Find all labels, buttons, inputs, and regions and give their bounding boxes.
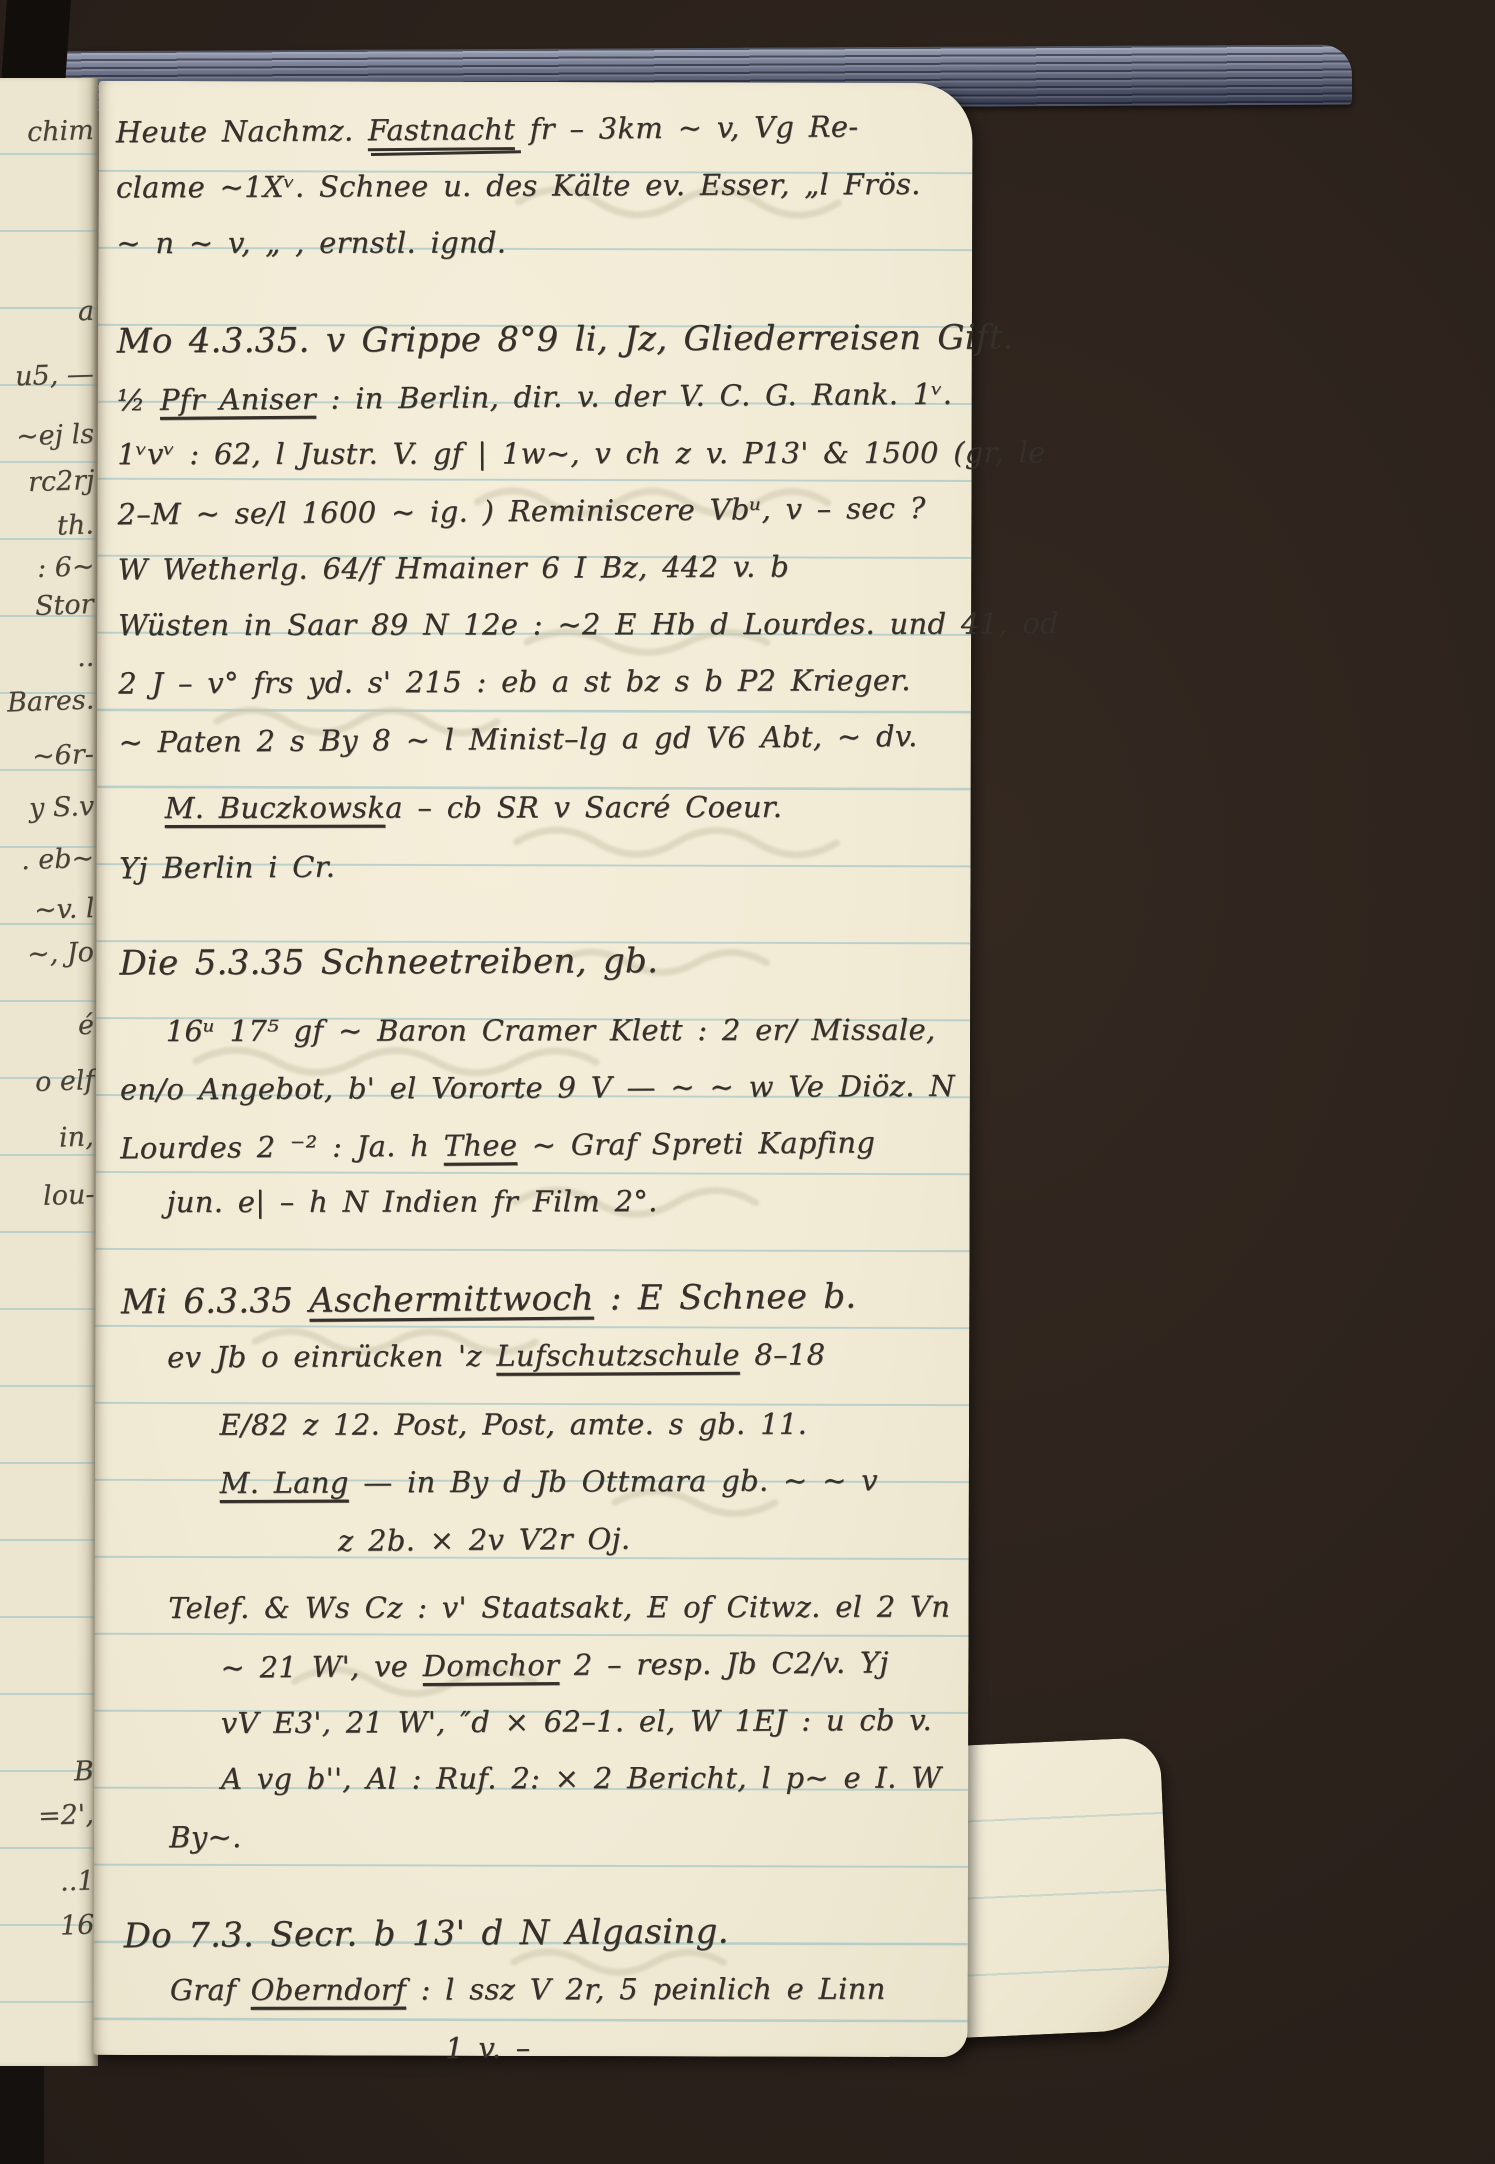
handwriting-text: 2–M ~ se/l 1600 ~ ig. ) Reminiscere Vbᵘ,… <box>117 491 925 531</box>
handwriting-text: 1ᵛvᵛ : 62, l Justr. V. gf | 1w~, v ch z … <box>117 435 1046 471</box>
previous-page-fragment: é <box>77 1010 94 1042</box>
handwriting-line: Lourdes 2 ⁻² : Ja. h Thee ~ Graf Spreti … <box>120 1112 1146 1177</box>
handwriting-text: ½ <box>117 383 160 417</box>
previous-page-fragment: lou- <box>42 1179 94 1212</box>
handwriting-line: 2–M ~ se/l 1600 ~ ig. ) Reminiscere Vbᵘ,… <box>117 478 1143 543</box>
handwriting-text: 8–18 <box>740 1337 826 1371</box>
handwriting-text: ~ Graf Spreti Kapfing <box>517 1125 875 1162</box>
underlined-word: M. Buczkowsk <box>165 791 386 825</box>
handwriting-line: ½ Pfr Aniser : in Berlin, dir. v. der V.… <box>117 364 1143 429</box>
handwriting-line: ev Jb o einrücken 'z Lufschutzschule 8–1… <box>167 1325 1147 1386</box>
notebook-photo: chimau5, —~ej lsrc2rjth.: 6~Stor..Bares.… <box>0 0 1495 2164</box>
previous-page-fragment: .. <box>76 642 94 674</box>
handwriting-line: Wüsten in Saar 89 N 12e : ~2 E Hb d Lour… <box>118 595 1144 654</box>
handwriting-text: Do 7.3. Secr. b 13' d N Algasing. <box>123 1911 728 1956</box>
handwriting-line: By~. <box>169 1805 1149 1866</box>
underlined-word: Lufschutzschule <box>496 1338 740 1373</box>
previous-page-fragment: =2', <box>38 1799 95 1832</box>
handwriting-text: fr – 3km ~ v, Vg Re- <box>515 109 858 146</box>
previous-page-fragment: rc2rj <box>27 465 95 498</box>
previous-page-fragment: ~ej ls <box>15 419 94 453</box>
handwriting-text: — in By d Jb Ottmara gb. ~ ~ v <box>349 1463 878 1499</box>
handwriting-text: E/82 z 12. Post, Post, amte. s gb. 11. <box>219 1407 807 1442</box>
handwriting-text: ~ n ~ v, „ , ernstl. ignd. <box>116 225 506 260</box>
handwriting-text: en/o Angebot, b' el Vororte 9 V — ~ ~ w … <box>120 1069 955 1107</box>
handwriting-line: ~ Paten 2 s By 8 ~ l Minist–lg a gd V6 A… <box>118 706 1144 771</box>
underlined-word: Thee <box>444 1128 518 1163</box>
handwriting-text: 1 v. – <box>445 2031 531 2066</box>
handwriting-line: Mo 4.3.35. v Grippe 8°9 li, Jz, Gliederr… <box>117 309 1143 370</box>
handwriting-line: E/82 z 12. Post, Post, amte. s gb. 11. <box>219 1395 1147 1454</box>
handwriting-line: Mi 6.3.35 Aschermittwoch : E Schnee b. <box>121 1266 1147 1331</box>
previous-page-fragment: ~, Jo <box>27 937 95 970</box>
handwriting-line: clame ~1Xᵛ. Schnee u. des Kälte ev. Esse… <box>116 155 1142 216</box>
handwriting-text: 2 – resp. Jb C2/v. Yj <box>559 1645 889 1682</box>
handwriting-line: W Wetherlg. 64/f Hmainer 6 I Bz, 442 v. … <box>118 537 1144 598</box>
handwriting-text: a – cb SR v Sacré Coeur. <box>385 790 782 825</box>
handwriting-text: 16ᵘ 17⁵ gf ~ Baron Cramer Klett : 2 er/ … <box>166 1013 936 1048</box>
handwriting-text: Die 5.3.35 Schneetreiben, gb. <box>119 941 658 983</box>
handwriting-text: 2 J – v° frs yd. s' 215 : eb a st bz s b… <box>118 663 911 700</box>
previous-page-fragment: . eb~ <box>20 843 94 877</box>
handwriting-text: Yj Berlin i Cr. <box>119 850 335 886</box>
handwriting-text: Wüsten in Saar 89 N 12e : ~2 E Hb d Lour… <box>118 606 1059 642</box>
handwriting-text: A vg b'', Al : Ruf. 2: × 2 Bericht, l p~… <box>221 1761 941 1796</box>
previous-page-fragment: th. <box>57 509 95 541</box>
handwriting-line: 1ᵛvᵛ : 62, l Justr. V. gf | 1w~, v ch z … <box>117 424 1143 483</box>
previous-page-edge: chimau5, —~ej lsrc2rjth.: 6~Stor..Bares.… <box>0 78 98 2066</box>
handwriting-line: Yj Berlin i Cr. <box>119 832 1145 897</box>
handwriting-line: Heute Nachmz. Fastnacht fr – 3km ~ v, Vg… <box>116 96 1142 161</box>
handwriting-text: ~ Paten 2 s By 8 ~ l Minist–lg a gd V6 A… <box>118 719 917 759</box>
handwriting-text: W Wetherlg. 64/f Hmainer 6 I Bz, 442 v. … <box>118 550 789 587</box>
previous-page-fragment: Stor <box>35 589 95 622</box>
handwriting-line: vV E3', 21 W', ″d × 62–1. el, W 1EJ : u … <box>221 1691 1149 1752</box>
handwriting-text: ev Jb o einrücken 'z <box>167 1339 496 1374</box>
previous-page-fragment: ~6r- <box>32 739 95 772</box>
previous-page-fragment: in, <box>59 1121 95 1153</box>
underlined-word: Pfr Aniser <box>160 382 316 417</box>
underlined-word: Domchor <box>423 1648 560 1683</box>
handwriting-text: Mi 6.3.35 <box>121 1281 310 1322</box>
underlined-word: Aschermittwoch <box>309 1279 594 1321</box>
handwriting-text: : in Berlin, dir. v. der V. C. G. Rank. … <box>316 377 952 416</box>
handwriting-text: jun. e| – h N Indien fr Film 2°. <box>166 1184 657 1219</box>
handwriting-text: : l ssz V 2r, 5 peinlich e Linn <box>406 1972 886 2007</box>
handwriting-line: Telef. & Ws Cz : v' Staatsakt, E of Citw… <box>168 1578 1148 1637</box>
notebook-page: Heute Nachmz. Fastnacht fr – 3km ~ v, Vg… <box>93 81 972 2057</box>
underlined-word: Fastnacht <box>368 112 516 151</box>
handwriting-text: z 2b. × 2v V2r Oj. <box>338 1522 631 1558</box>
previous-page-fragment: : 6~ <box>36 551 95 584</box>
handwriting-text: : E Schnee b. <box>594 1276 857 1318</box>
handwriting-line: Die 5.3.35 Schneetreiben, gb. <box>119 931 1145 992</box>
handwriting-line: M. Lang — in By d Jb Ottmara gb. ~ ~ v <box>220 1451 1148 1512</box>
previous-page-fragment: y S.v <box>28 791 94 824</box>
handwriting-line: ~ 21 W', ve Domchor 2 – resp. Jb C2/v. Y… <box>220 1632 1148 1696</box>
handwriting-text: Heute Nachmz. <box>116 113 368 149</box>
handwriting-text: clame ~1Xᵛ. Schnee u. des Kälte ev. Esse… <box>116 167 921 205</box>
previous-page-fragment: B <box>74 1756 95 1788</box>
previous-page-fragment: ..1 <box>59 1865 94 1897</box>
underlined-word: M. Lang <box>220 1465 349 1500</box>
previous-page-fragment: u5, — <box>15 359 95 393</box>
handwriting-line: ~ n ~ v, „ , ernstl. ignd. <box>116 213 1142 272</box>
previous-page-fragment: a <box>77 296 94 328</box>
handwriting-line: z 2b. × 2v V2r Oj. <box>338 1507 1148 1570</box>
handwriting-line: Graf Oberndorf : l ssz V 2r, 5 peinlich … <box>170 1960 1150 2019</box>
handwriting-text: Telef. & Ws Cz : v' Staatsakt, E of Citw… <box>168 1590 950 1625</box>
handwriting-line: A vg b'', Al : Ruf. 2: × 2 Bericht, l p~… <box>221 1749 1149 1808</box>
handwriting-lines: Heute Nachmz. Fastnacht fr – 3km ~ v, Vg… <box>102 98 1151 2078</box>
handwriting-line: en/o Angebot, b' el Vororte 9 V — ~ ~ w … <box>120 1057 1146 1118</box>
handwriting-line: jun. e| – h N Indien fr Film 2°. <box>166 1172 1146 1231</box>
handwriting-text: vV E3', 21 W', ″d × 62–1. el, W 1EJ : u … <box>221 1703 932 1740</box>
handwriting-text: By~. <box>169 1820 242 1854</box>
handwriting-line: M. Buczkowska – cb SR v Sacré Coeur. <box>165 778 1145 837</box>
previous-page-fragment: o elf <box>34 1065 94 1098</box>
handwriting-text: Lourdes 2 ⁻² : Ja. h <box>120 1129 444 1166</box>
handwriting-text: ~ 21 W', ve <box>220 1649 422 1685</box>
handwriting-line: 2 J – v° frs yd. s' 215 : eb a st bz s b… <box>118 651 1144 712</box>
handwriting-line: Do 7.3. Secr. b 13' d N Algasing. <box>123 1900 1149 1965</box>
previous-page-fragment: chim <box>27 115 95 148</box>
underlined-word: Oberndorf <box>251 1973 406 2007</box>
handwriting-text: Graf <box>170 1973 251 2007</box>
previous-page-fragment: 16 <box>59 1909 94 1941</box>
previous-page-fragment: ~v. l <box>33 893 95 926</box>
previous-page-fragment: Bares. <box>6 684 94 718</box>
handwriting-line: 16ᵘ 17⁵ gf ~ Baron Cramer Klett : 2 er/ … <box>166 1001 1146 1060</box>
handwriting-text: Mo 4.3.35. v Grippe 8°9 li, Jz, Gliederr… <box>117 318 1014 362</box>
handwriting-line: 1 v. – <box>445 2015 1150 2078</box>
